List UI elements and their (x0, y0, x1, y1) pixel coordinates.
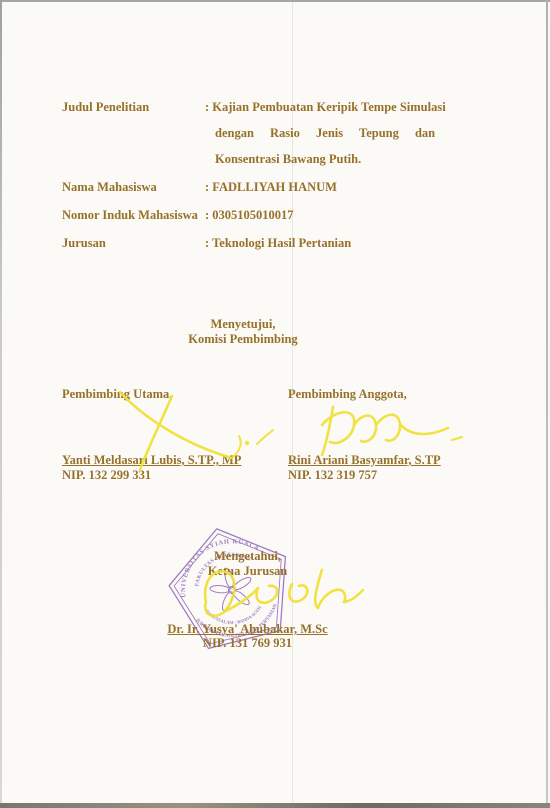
info-row-judul: Judul Penelitian : Kajian Pembuatan Keri… (62, 94, 458, 172)
supervisor-primary-block: Pembimbing Utama, Yanti Meldasari Lubis,… (62, 387, 277, 482)
colon: : (205, 236, 209, 250)
info-row-nama: Nama Mahasiswa : FADLLIYAH HANUM (62, 174, 458, 200)
scan-edge-top (0, 0, 550, 2)
judul-line-2: dengan Rasio Jenis Tepung dan (205, 120, 458, 146)
endorsement-nip: NIP. 131 769 931 (0, 636, 495, 650)
approval-line-2: Komisi Pembimbing (0, 332, 486, 347)
nama-value-text: FADLLIYAH HANUM (212, 180, 337, 194)
endorsement-line-2: Ketua Jurusan (0, 564, 495, 579)
info-row-nim: Nomor Induk Mahasiswa : 0305105010017 (62, 202, 458, 228)
info-row-jurusan: Jurusan : Teknologi Hasil Pertanian (62, 230, 458, 256)
supervisor-member-role: Pembimbing Anggota, (288, 387, 503, 402)
endorsement-block: Mengetahui, Ketua Jurusan Dr. Ir. Yusya'… (0, 549, 495, 650)
supervisor-primary-signature-area (62, 402, 277, 453)
approval-heading: Menyetujui, Komisi Pembimbing (0, 317, 486, 347)
colon: : (205, 180, 209, 194)
nim-value: : 0305105010017 (205, 202, 458, 228)
jurusan-label: Jurusan (62, 230, 205, 256)
supervisor-member-signature-area (288, 402, 503, 453)
endorsement-line-1: Mengetahui, (0, 549, 495, 564)
supervisor-primary-nip: NIP. 132 299 331 (62, 468, 277, 483)
judul-line-1: : Kajian Pembuatan Keripik Tempe Simulas… (205, 94, 458, 120)
colon: : (205, 100, 209, 114)
jurusan-value-text: Teknologi Hasil Pertanian (212, 236, 351, 250)
scan-edge-left (0, 0, 2, 808)
judul-value: : Kajian Pembuatan Keripik Tempe Simulas… (205, 94, 458, 172)
supervisor-primary-role: Pembimbing Utama, (62, 387, 277, 402)
supervisor-primary-name: Yanti Meldasari Lubis, S.TP., MP (62, 453, 277, 468)
endorsement-name: Dr. Ir. Yusya' Abubakar, M.Sc (0, 622, 495, 636)
supervisor-member-name: Rini Ariani Basyamfar, S.TP (288, 453, 503, 468)
judul-label: Judul Penelitian (62, 94, 205, 120)
jurusan-value: : Teknologi Hasil Pertanian (205, 230, 458, 256)
nim-value-text: 0305105010017 (212, 208, 293, 222)
approval-page: Judul Penelitian : Kajian Pembuatan Keri… (0, 0, 550, 808)
supervisor-member-block: Pembimbing Anggota, Rini Ariani Basyamfa… (288, 387, 503, 482)
judul-line-1-text: Kajian Pembuatan Keripik Tempe Simulasi (212, 100, 445, 114)
scan-edge-bottom (0, 803, 550, 808)
colon: : (205, 208, 209, 222)
supervisor-member-nip: NIP. 132 319 757 (288, 468, 503, 483)
scan-edge-right (546, 0, 548, 808)
judul-line-3: Konsentrasi Bawang Putih. (205, 146, 458, 172)
nama-label: Nama Mahasiswa (62, 174, 205, 200)
thesis-info-section: Judul Penelitian : Kajian Pembuatan Keri… (62, 94, 458, 258)
nama-value: : FADLLIYAH HANUM (205, 174, 458, 200)
endorsement-signature-area (0, 578, 495, 622)
approval-line-1: Menyetujui, (0, 317, 486, 332)
nim-label: Nomor Induk Mahasiswa (62, 202, 205, 228)
